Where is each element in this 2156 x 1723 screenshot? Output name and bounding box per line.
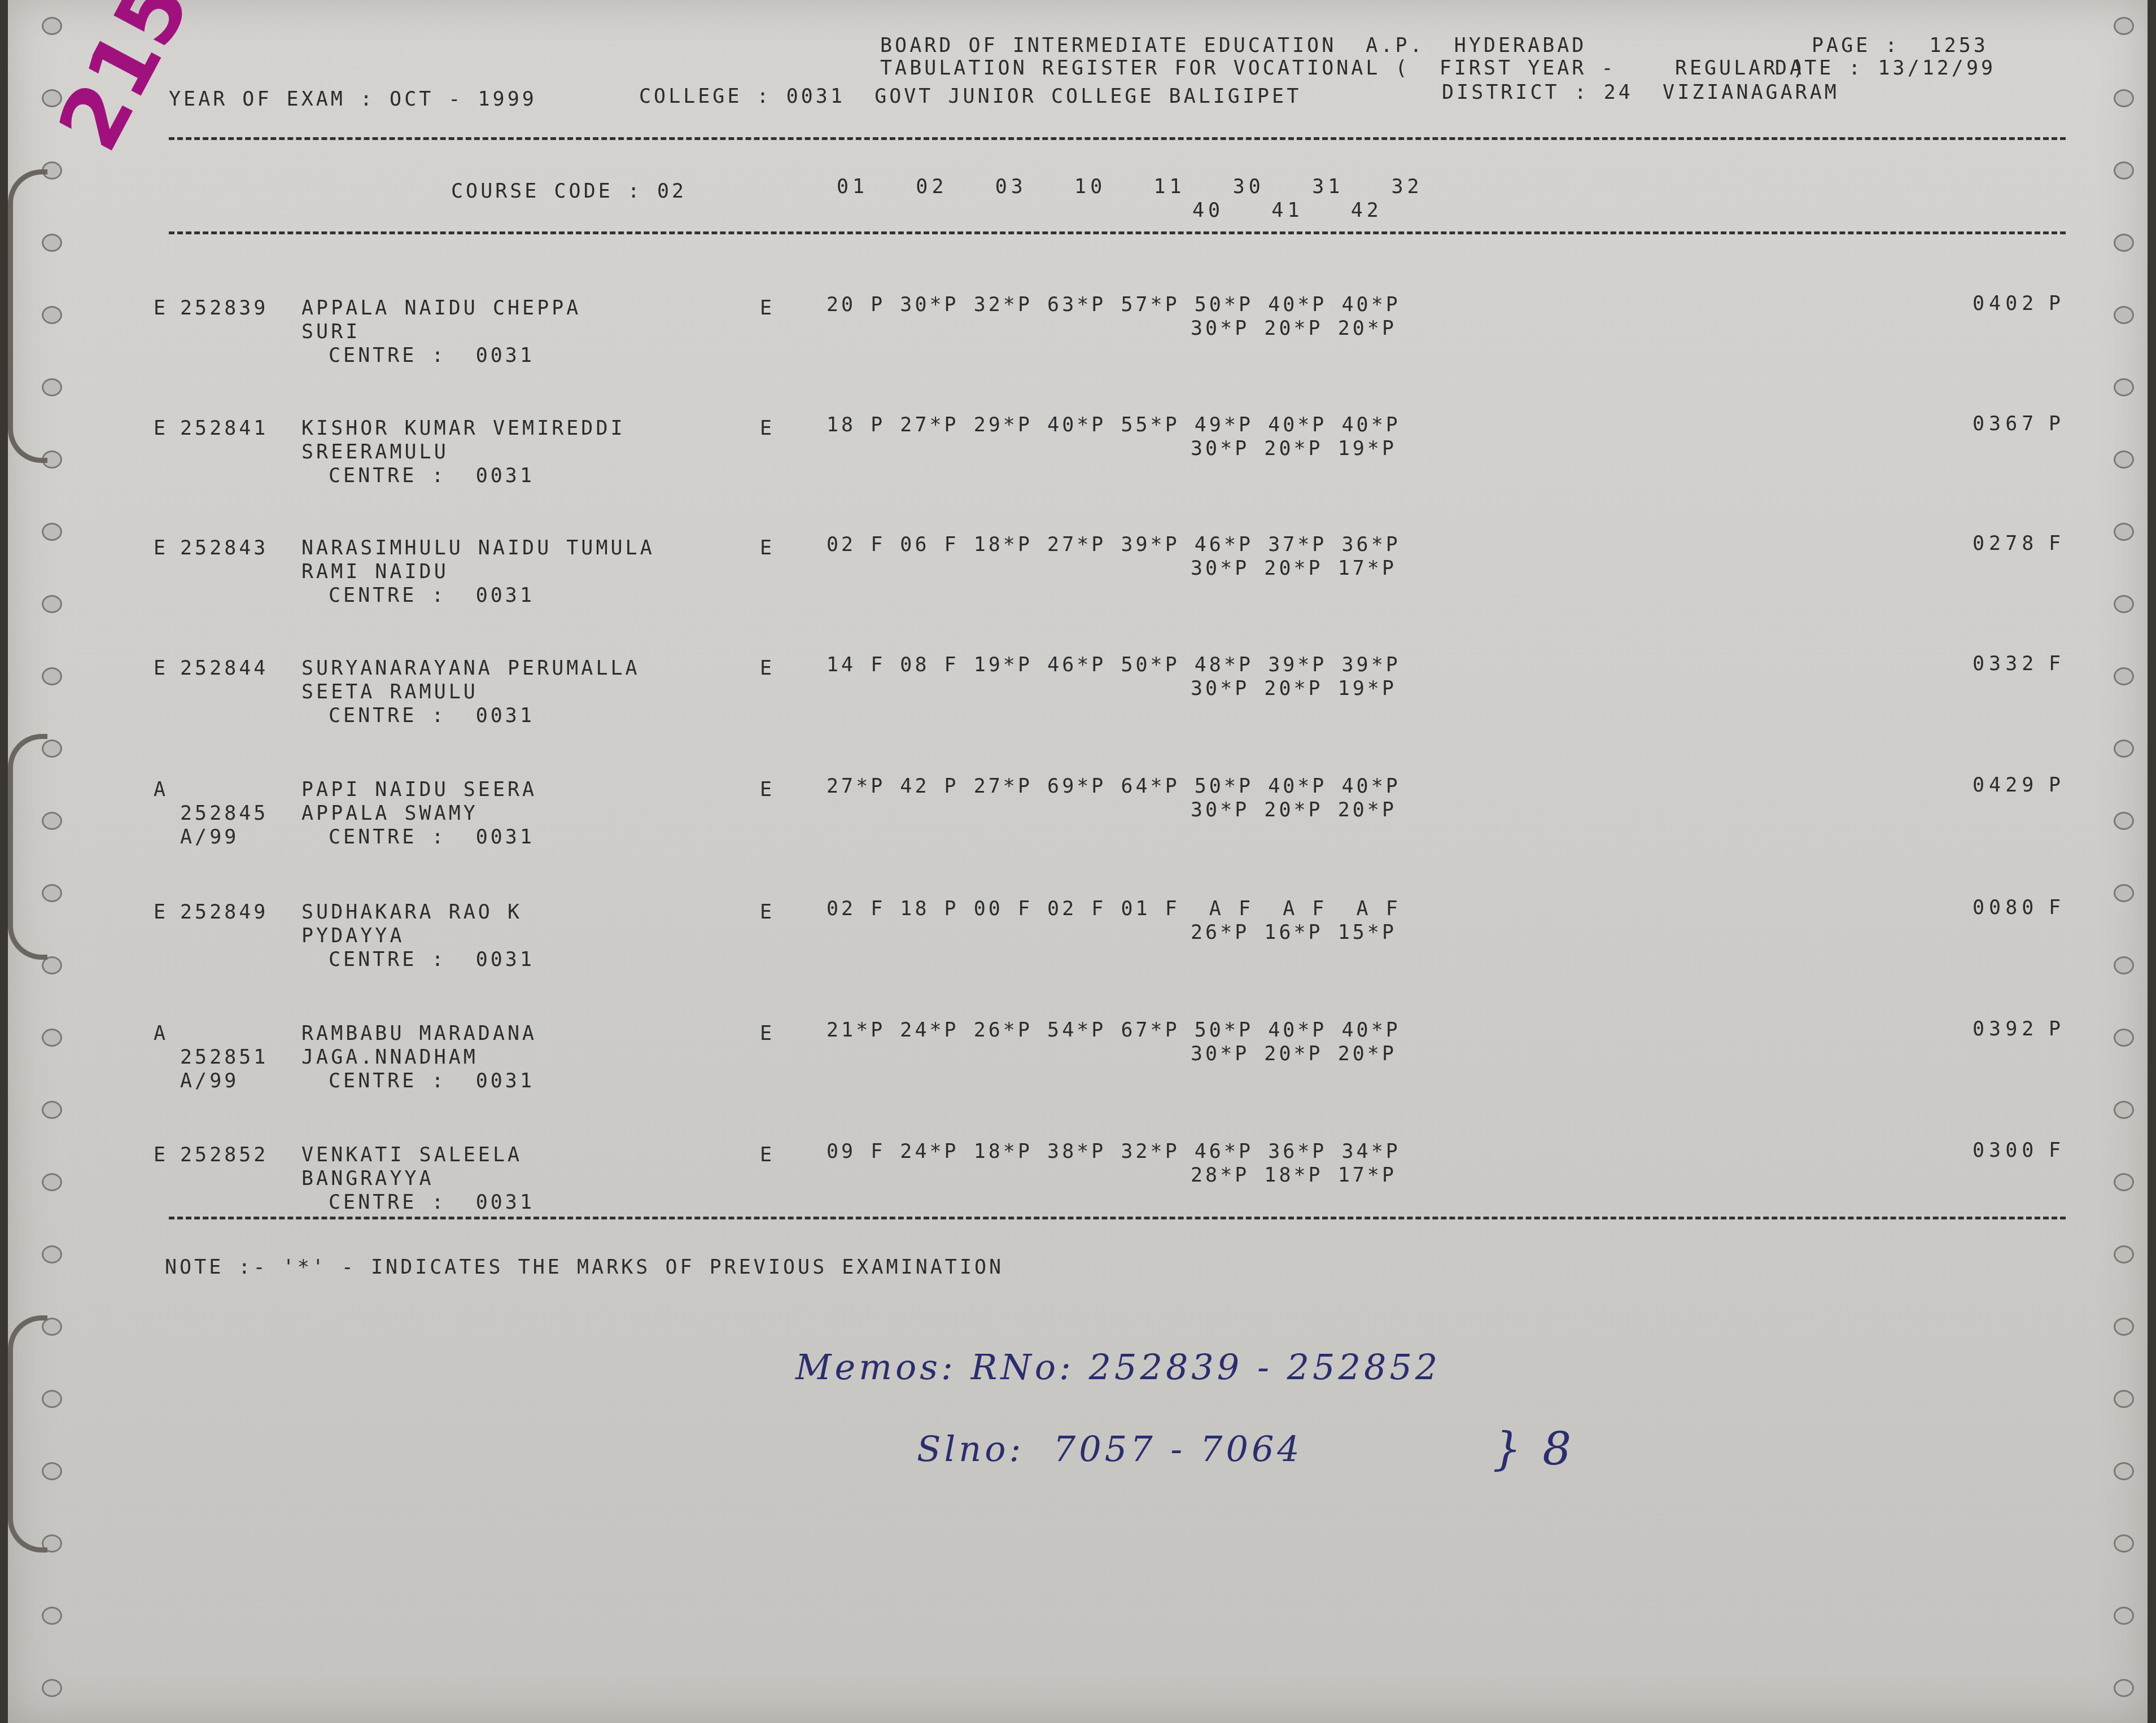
student-record-row: E 252839 APPALA NAIDU CHEPPA SURI CENTRE… [8, 296, 2148, 409]
roll-number: 252851 [180, 1046, 268, 1069]
student-record-row: E 252844 SURYANARAYANA PERUMALLA SEETA R… [8, 657, 2148, 769]
parent-name: SURI [301, 320, 360, 344]
subject-marks-row1: 02 F 06 F 18*P 27*P 39*P 46*P 37*P 36*P [826, 533, 1401, 557]
record-prefix: A [154, 778, 168, 802]
subject-marks-row1: 27*P 42 P 27*P 69*P 64*P 50*P 40*P 40*P [826, 775, 1401, 798]
tractor-hole-icon [2114, 1607, 2134, 1625]
centre-code: CENTRE : 0031 [329, 825, 535, 849]
total-marks: 0402 [1973, 292, 2038, 316]
subject-marks-row2: 30*P 20*P 20*P [1191, 1042, 1397, 1066]
student-record-row: A 252845 PAPI NAIDU SEERA APPALA SWAMY A… [8, 778, 2148, 891]
tractor-hole-icon [2114, 1534, 2134, 1553]
parent-name: SREERAMULU [301, 440, 449, 464]
subject-marks-row2: 30*P 20*P 20*P [1191, 798, 1397, 822]
tabulation-register-sheet: 2156 BOARD OF INTERMEDIATE EDUCATION A.P… [8, 0, 2148, 1723]
subject-marks-row2: 30*P 20*P 19*P [1191, 437, 1397, 461]
subject-marks-row1: 02 F 18 P 00 F 02 F 01 F A F A F A F [826, 897, 1401, 921]
binding-string-icon [8, 1315, 47, 1553]
attempt-code: A/99 [180, 1069, 239, 1093]
centre-code: CENTRE : 0031 [329, 948, 535, 972]
district-info: DISTRICT : 24 VIZIANAGARAM [1442, 81, 1839, 104]
attempt-code: A/99 [180, 825, 239, 849]
handwritten-count: } 8 [1493, 1423, 1575, 1475]
footnote: NOTE :- '*' - INDICATES THE MARKS OF PRE… [165, 1256, 1004, 1279]
student-name: NARASIMHULU NAIDU TUMULA [301, 536, 655, 560]
subject-marks-row2: 28*P 18*P 17*P [1191, 1164, 1397, 1187]
centre-code: CENTRE : 0031 [329, 344, 535, 368]
student-record-row: E 252852 VENKATI SALEELA BANGRAYYA CENTR… [8, 1143, 2148, 1256]
result-status: F [2049, 896, 2063, 920]
student-name: KISHOR KUMAR VEMIREDDI [301, 417, 626, 440]
result-status: P [2049, 1017, 2063, 1041]
tractor-hole-icon [2114, 161, 2134, 180]
result-status: F [2049, 1139, 2063, 1162]
tractor-hole-icon [2114, 1462, 2134, 1480]
divider-line [169, 137, 2066, 140]
subject-marks-row2: 26*P 16*P 15*P [1191, 921, 1397, 944]
centre-code: CENTRE : 0031 [329, 584, 535, 607]
centre-code: CENTRE : 0031 [329, 1191, 535, 1214]
parent-name: PYDAYYA [301, 924, 405, 948]
medium-code: E [760, 900, 775, 924]
board-title: BOARD OF INTERMEDIATE EDUCATION A.P. HYD… [880, 34, 1586, 58]
subject-marks-row1: 21*P 24*P 26*P 54*P 67*P 50*P 40*P 40*P [826, 1018, 1401, 1042]
total-marks: 0080 [1973, 896, 2038, 920]
roll-number: 252841 [180, 417, 268, 440]
handwritten-serial-range: Slno: 7057 - 7064 [917, 1428, 1303, 1470]
medium-code: E [760, 778, 775, 802]
total-marks: 0392 [1973, 1017, 2038, 1041]
record-prefix: E [154, 1143, 168, 1167]
parent-name: BANGRAYYA [301, 1167, 434, 1191]
parent-name: RAMI NAIDU [301, 560, 449, 584]
roll-number: 252849 [180, 900, 268, 924]
tractor-hole-icon [2114, 1318, 2134, 1336]
tractor-hole-icon [42, 17, 62, 35]
student-name: SUDHAKARA RAO K [301, 900, 522, 924]
medium-code: E [760, 657, 775, 680]
tractor-hole-icon [2114, 89, 2134, 107]
result-status: F [2049, 532, 2063, 556]
student-record-row: E 252843 NARASIMHULU NAIDU TUMULA RAMI N… [8, 536, 2148, 649]
record-prefix: E [154, 296, 168, 320]
divider-line [169, 231, 2066, 234]
subject-marks-row1: 20 P 30*P 32*P 63*P 57*P 50*P 40*P 40*P [826, 293, 1401, 317]
subject-marks-row2: 30*P 20*P 20*P [1191, 317, 1397, 340]
subject-marks-row1: 18 P 27*P 29*P 40*P 55*P 49*P 40*P 40*P [826, 413, 1401, 437]
tractor-hole-icon [2114, 234, 2134, 252]
tractor-hole-icon [2114, 17, 2134, 35]
subject-codes-row1: 01 02 03 10 11 30 31 32 [837, 175, 1423, 199]
medium-code: E [760, 536, 775, 560]
record-prefix: E [154, 657, 168, 680]
student-name: APPALA NAIDU CHEPPA [301, 296, 581, 320]
result-status: F [2049, 652, 2063, 676]
roll-number: 252852 [180, 1143, 268, 1167]
page-number: PAGE : 1253 [1812, 34, 1988, 58]
subject-marks-row1: 09 F 24*P 18*P 38*P 32*P 46*P 36*P 34*P [826, 1140, 1401, 1164]
record-prefix: E [154, 536, 168, 560]
student-name: PAPI NAIDU SEERA [301, 778, 537, 802]
result-status: P [2049, 412, 2063, 436]
total-marks: 0429 [1973, 773, 2038, 797]
course-code-label: COURSE CODE : 02 [451, 180, 686, 203]
record-prefix: E [154, 417, 168, 440]
centre-code: CENTRE : 0031 [329, 704, 535, 728]
subject-codes-row2: 40 41 42 [1192, 199, 1383, 222]
roll-number: 252844 [180, 657, 268, 680]
student-name: SURYANARAYANA PERUMALLA [301, 657, 640, 680]
parent-name: APPALA SWAMY [301, 802, 478, 825]
medium-code: E [760, 296, 775, 320]
record-prefix: A [154, 1022, 168, 1046]
tractor-hole-icon [2114, 1679, 2134, 1697]
record-prefix: E [154, 900, 168, 924]
total-marks: 0300 [1973, 1139, 2038, 1162]
student-name: VENKATI SALEELA [301, 1143, 522, 1167]
centre-code: CENTRE : 0031 [329, 1069, 535, 1093]
roll-number: 252839 [180, 296, 268, 320]
subject-marks-row2: 30*P 20*P 19*P [1191, 677, 1397, 701]
parent-name: JAGA.NNADHAM [301, 1046, 478, 1069]
total-marks: 0367 [1973, 412, 2038, 436]
medium-code: E [760, 1022, 775, 1046]
parent-name: SEETA RAMULU [301, 680, 478, 704]
total-marks: 0278 [1973, 532, 2038, 556]
subject-marks-row1: 14 F 08 F 19*P 46*P 50*P 48*P 39*P 39*P [826, 653, 1401, 677]
result-status: P [2049, 292, 2063, 316]
student-record-row: E 252849 SUDHAKARA RAO K PYDAYYA CENTRE … [8, 900, 2148, 1013]
subject-marks-row2: 30*P 20*P 17*P [1191, 557, 1397, 580]
handwritten-memos-range: Memos: RNo: 252839 - 252852 [795, 1346, 1441, 1388]
roll-number: 252843 [180, 536, 268, 560]
handwritten-file-number: 2156 [40, 0, 237, 166]
centre-code: CENTRE : 0031 [329, 464, 535, 488]
student-record-row: A 252851 RAMBABU MARADANA JAGA.NNADHAM A… [8, 1022, 2148, 1135]
tractor-hole-icon [42, 1607, 62, 1625]
tractor-hole-icon [2114, 1390, 2134, 1408]
year-of-exam: YEAR OF EXAM : OCT - 1999 [169, 88, 537, 111]
medium-code: E [760, 1143, 775, 1167]
tractor-hole-icon [42, 1679, 62, 1697]
student-record-row: E 252841 KISHOR KUMAR VEMIREDDI SREERAMU… [8, 417, 2148, 530]
divider-line [169, 1217, 2066, 1219]
print-date: DATE : 13/12/99 [1775, 56, 1996, 80]
student-name: RAMBABU MARADANA [301, 1022, 537, 1046]
total-marks: 0332 [1973, 652, 2038, 676]
register-title: TABULATION REGISTER FOR VOCATIONAL ( FIR… [880, 56, 1808, 80]
result-status: P [2049, 773, 2063, 797]
medium-code: E [760, 417, 775, 440]
college-info: COLLEGE : 0031 GOVT JUNIOR COLLEGE BALIG… [639, 85, 1301, 108]
roll-number: 252845 [180, 802, 268, 825]
